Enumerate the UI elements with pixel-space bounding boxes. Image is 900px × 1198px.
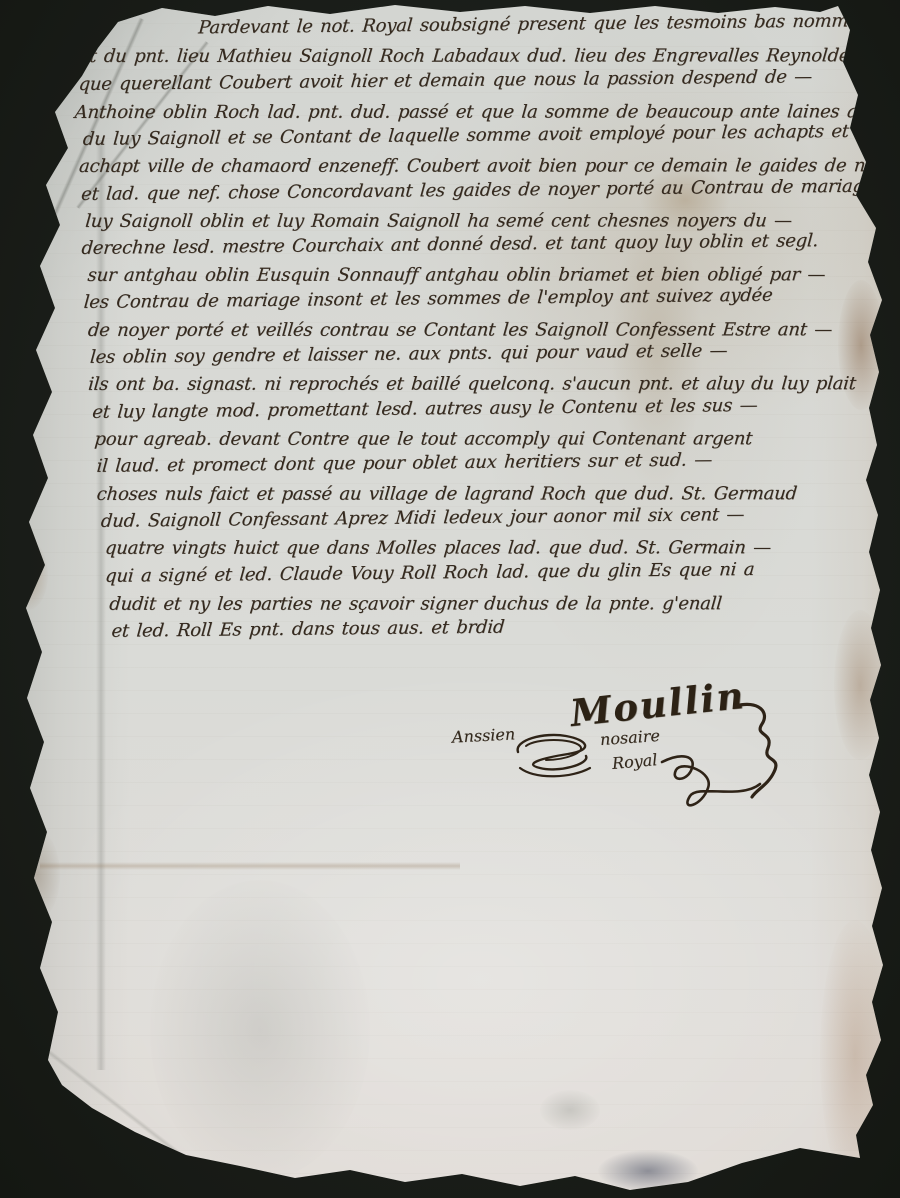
manuscript-line: et luy langte mod. promettant lesd. autr… [91,395,758,424]
notary-paraph-icon [506,718,601,783]
manuscript-line: qui a signé et led. Claude Vouy Roll Roc… [104,559,755,587]
manuscript-line: de noyer porté et veillés contrau se Con… [87,319,833,341]
manuscript-line: pour agreab. devant Contre que le tout a… [94,428,754,450]
manuscript-line: choses nuls faict et passé au village de… [96,483,798,505]
edge-burn-stain [820,920,890,1190]
manuscript-page: Pardevant le not. Royal soubsigné presen… [0,0,900,1198]
manuscript-line: derechne lesd. mestre Courchaix ant donn… [81,230,819,259]
manuscript-line: Et du pnt. lieu Mathieu Saignoll Roch La… [76,45,851,67]
manuscript-line: achapt ville de chamaord enzeneff. Coube… [78,155,900,177]
manuscript-line: sur antghau oblin Eusquin Sonnauff antgh… [87,264,827,286]
edge-stain [14,830,60,920]
manuscript-line: il laud. et promect dont que pour oblet … [96,449,713,477]
paper-crease [19,1028,228,1193]
manuscript-line: du luy Saignoll et se Contant de laquell… [82,121,850,151]
manuscript-line: les Contrau de mariage insont et les som… [83,285,773,314]
manuscript-line: et led. Roll Es pnt. dans tous aus. et b… [111,617,505,643]
manuscript-text: Pardevant le not. Royal soubsigné presen… [0,0,900,702]
manuscript-line: Pardevant le not. Royal soubsigné presen… [197,9,900,38]
show-through-marks [150,880,370,1180]
royal-flourish-icon [656,748,776,818]
notary-annotation-royal: Royal [611,752,658,772]
notary-annotation-word: nosaire [600,728,661,748]
paper-fold-line [40,862,460,870]
manuscript-line: ils ont ba. signast. ni reprochés et bai… [87,373,857,395]
photo-background: Pardevant le not. Royal soubsigné presen… [0,0,900,1198]
manuscript-line: que querellant Coubert avoit hier et dem… [78,66,813,95]
show-through-marks [540,1090,600,1130]
edge-stain [18,6,66,44]
manuscript-line: luy Saignoll oblin et luy Romain Saignol… [84,210,792,232]
manuscript-line: quatre vingts huict que dans Molles plac… [104,537,772,559]
manuscript-line: dudit et ny les parties ne sçavoir signe… [108,593,722,615]
manuscript-line: et lad. que nef. chose Concordavant les … [80,176,875,206]
ink-smudge [598,1150,698,1192]
manuscript-line: dud. Saignoll Confessant Aprez Midi lede… [100,504,745,532]
manuscript-line: Anthoine oblin Roch lad. pnt. dud. passé… [74,101,896,123]
manuscript-line: les oblin soy gendre et laisser ne. aux … [89,340,728,368]
